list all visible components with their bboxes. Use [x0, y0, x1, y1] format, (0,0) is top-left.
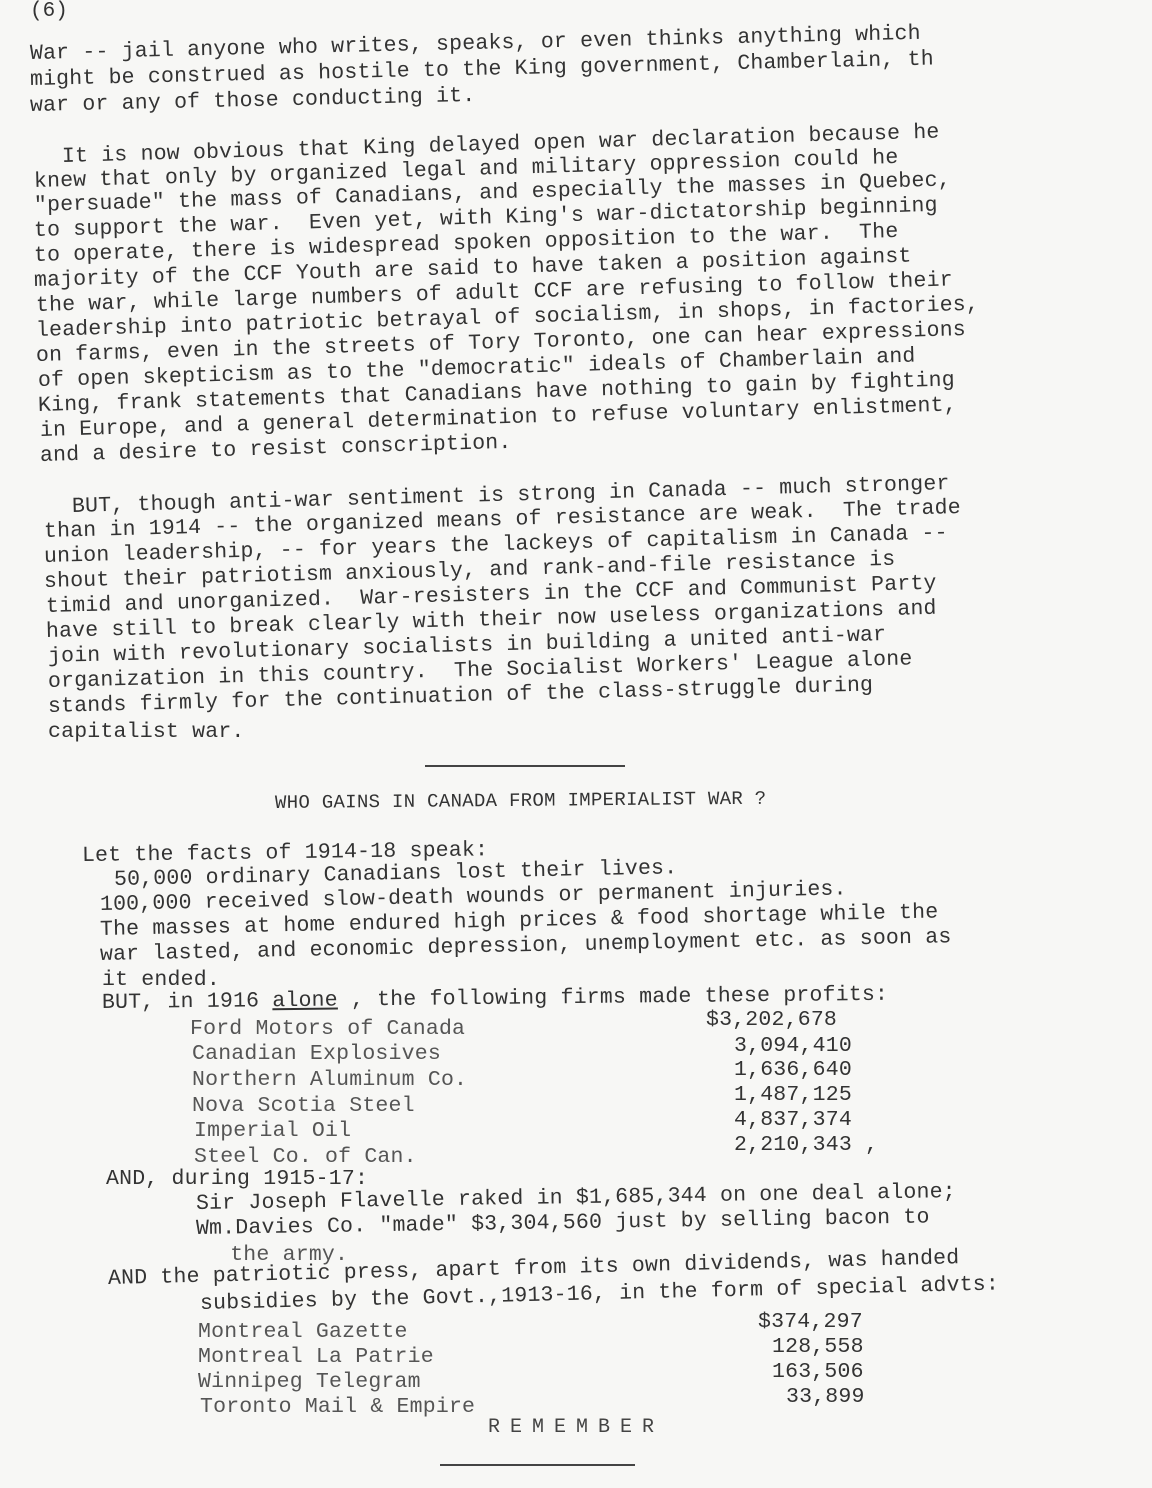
paper-amount: 33,899: [786, 1385, 865, 1409]
closing-remember: REMEMBER: [488, 1416, 664, 1440]
paper-name: Montreal La Patrie: [198, 1345, 434, 1369]
underlined-alone: alone: [272, 989, 338, 1014]
closing-divider: [440, 1464, 635, 1466]
facts-line: it ended.: [102, 968, 220, 992]
firm-amount: 1,636,640: [734, 1058, 852, 1082]
firm-amount: $3,202,678: [706, 1008, 837, 1032]
firm-amount: 1,487,125: [734, 1083, 852, 1107]
paragraph-3-line: capitalist war.: [48, 720, 245, 744]
section-divider: [425, 765, 625, 767]
paper-name: Winnipeg Telegram: [198, 1370, 421, 1394]
paper-name: Toronto Mail & Empire: [200, 1395, 475, 1419]
firm-name: Northern Aluminum Co.: [192, 1068, 467, 1092]
paper-amount: 128,558: [772, 1335, 864, 1359]
firm-name: Canadian Explosives: [192, 1042, 441, 1066]
firm-amount: 4,837,374: [734, 1108, 852, 1132]
firm-name: Imperial Oil: [194, 1119, 351, 1143]
document-page: (6) War -- jail anyone who writes, speak…: [0, 0, 1152, 1488]
paper-amount: $374,297: [758, 1310, 863, 1334]
firm-name: Nova Scotia Steel: [192, 1094, 415, 1118]
firm-amount: 2,210,343 ,: [734, 1133, 878, 1157]
firm-amount: 3,094,410: [734, 1034, 852, 1058]
page-number: (6): [30, 0, 68, 23]
firm-name: Ford Motors of Canada: [190, 1017, 465, 1041]
war-years-intro: AND, during 1915-17:: [106, 1167, 368, 1191]
paper-amount: 163,506: [772, 1360, 864, 1384]
paper-name: Montreal Gazette: [198, 1320, 408, 1344]
firm-name: Steel Co. of Can.: [194, 1145, 417, 1169]
section-heading: WHO GAINS IN CANADA FROM IMPERIALIST WAR…: [275, 787, 767, 815]
